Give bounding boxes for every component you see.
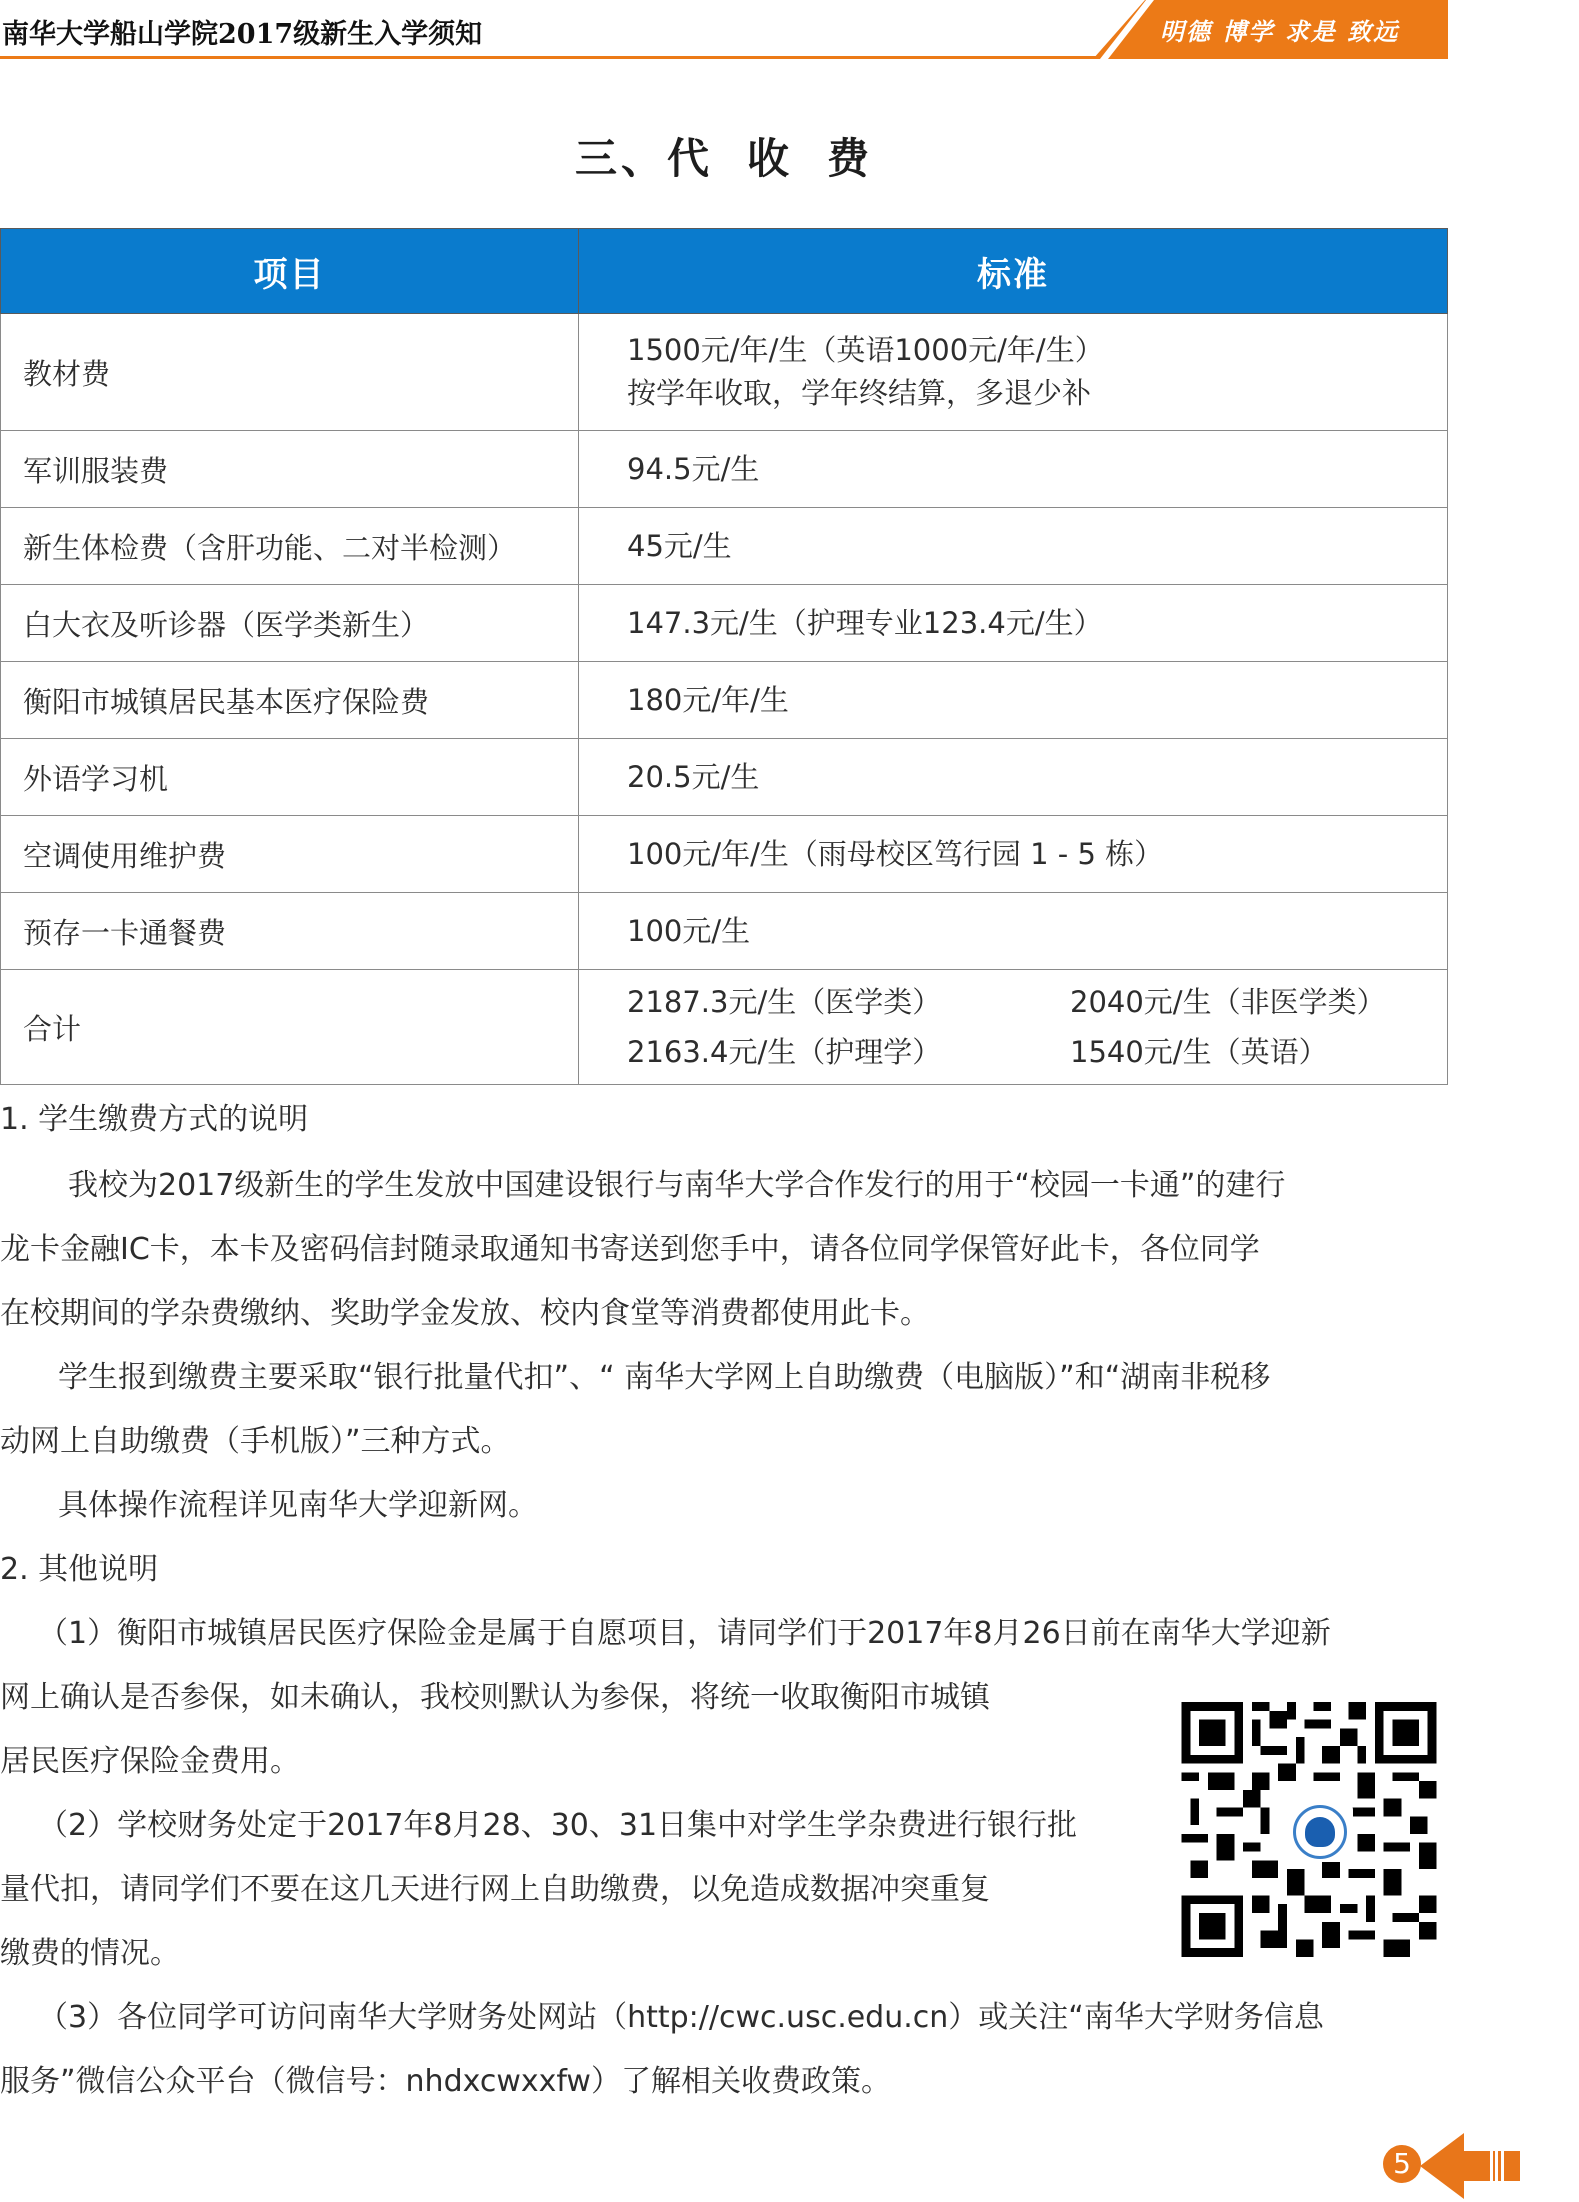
fee-standard: 20.5元/生 bbox=[579, 739, 1448, 816]
table-row: 白大衣及听诊器（医学类新生） 147.3元/生（护理专业123.4元/生） bbox=[1, 585, 1448, 662]
fee-standard-line: 按学年收取，学年终结算，多退少补 bbox=[627, 372, 1446, 415]
fee-standard: 147.3元/生（护理专业123.4元/生） bbox=[579, 585, 1448, 662]
column-header-item: 项目 bbox=[1, 229, 579, 314]
fee-item: 外语学习机 bbox=[1, 739, 579, 816]
header-motto: 明德 博学 求是 致远 bbox=[1160, 12, 1445, 47]
paragraph-line: 我校为2017级新生的学生发放中国建设银行与南华大学合作发行的用于“校园一卡通”… bbox=[0, 1166, 1285, 1206]
paragraph-line: 网上确认是否参保，如未确认，我校则默认为参保，将统一收取衡阳市城镇 bbox=[0, 1678, 990, 1718]
paragraph-line: （3）各位同学可访问南华大学财务处网站（http://cwc.usc.edu.c… bbox=[0, 1998, 1324, 2038]
table-header-row: 项目 标准 bbox=[1, 229, 1448, 314]
header-divider bbox=[0, 56, 1100, 59]
total-value: 2040元/生（非医学类） bbox=[1070, 978, 1446, 1026]
section-title-part: 三、代 bbox=[575, 126, 713, 186]
header-title: 南华大学船山学院2017级新生入学须知 bbox=[2, 12, 482, 51]
section-title-part: 收 bbox=[747, 126, 793, 186]
fee-item: 新生体检费（含肝功能、二对半检测） bbox=[1, 508, 579, 585]
paragraph-line: （1）衡阳市城镇居民医疗保险金是属于自愿项目，请同学们于2017年8月26日前在… bbox=[0, 1614, 1331, 1654]
table-total-row: 合计 2187.3元/生（医学类） 2040元/生（非医学类） 2163.4元/… bbox=[1, 970, 1448, 1085]
paragraph-line: 缴费的情况。 bbox=[0, 1934, 180, 1974]
paragraph-line: （2）学校财务处定于2017年8月28、30、31日集中对学生学杂费进行银行批 bbox=[0, 1806, 1077, 1846]
fee-standard: 1500元/年/生（英语1000元/年/生） 按学年收取，学年终结算，多退少补 bbox=[579, 314, 1448, 431]
paragraph-line: 具体操作流程详见南华大学迎新网。 bbox=[0, 1486, 538, 1526]
qr-code-icon bbox=[1175, 1702, 1443, 1957]
fee-standard: 180元/年/生 bbox=[579, 662, 1448, 739]
table-row: 外语学习机 20.5元/生 bbox=[1, 739, 1448, 816]
fee-standard: 100元/年/生（雨母校区笃行园 1 - 5 栋） bbox=[579, 816, 1448, 893]
fee-item: 军训服装费 bbox=[1, 431, 579, 508]
table-row: 新生体检费（含肝功能、二对半检测） 45元/生 bbox=[1, 508, 1448, 585]
section-heading: 1. 学生缴费方式的说明 bbox=[0, 1100, 308, 1140]
column-header-standard: 标准 bbox=[579, 229, 1448, 314]
table-row: 预存一卡通餐费 100元/生 bbox=[1, 893, 1448, 970]
paragraph-line: 学生报到缴费主要采取“银行批量代扣”、“ 南华大学网上自助缴费（电脑版）”和“湖… bbox=[0, 1358, 1270, 1398]
fee-item: 预存一卡通餐费 bbox=[1, 893, 579, 970]
university-logo bbox=[1287, 1802, 1353, 1862]
paragraph-line: 服务”微信公众平台（微信号：nhdxcwxxfw）了解相关收费政策。 bbox=[0, 2062, 891, 2102]
paragraph-line: 在校期间的学杂费缴纳、奖助学金发放、校内食堂等消费都使用此卡。 bbox=[0, 1294, 930, 1334]
paragraph-line: 龙卡金融IC卡，本卡及密码信封随录取通知书寄送到您手中，请各位同学保管好此卡，各… bbox=[0, 1230, 1260, 1270]
paragraph-line: 动网上自助缴费（手机版）”三种方式。 bbox=[0, 1422, 511, 1462]
section-title: 三、代收费 bbox=[0, 126, 1448, 186]
fee-standard: 100元/生 bbox=[579, 893, 1448, 970]
table-row: 空调使用维护费 100元/年/生（雨母校区笃行园 1 - 5 栋） bbox=[1, 816, 1448, 893]
table-row: 军训服装费 94.5元/生 bbox=[1, 431, 1448, 508]
section-heading: 2. 其他说明 bbox=[0, 1550, 158, 1590]
fee-item: 教材费 bbox=[1, 314, 579, 431]
table-row: 教材费 1500元/年/生（英语1000元/年/生） 按学年收取，学年终结算，多… bbox=[1, 314, 1448, 431]
fees-table: 项目 标准 教材费 1500元/年/生（英语1000元/年/生） 按学年收取，学… bbox=[0, 228, 1448, 1085]
page-number: 5 bbox=[1383, 2145, 1421, 2183]
paragraph-line: 居民医疗保险金费用。 bbox=[0, 1742, 300, 1782]
fee-item: 衡阳市城镇居民基本医疗保险费 bbox=[1, 662, 579, 739]
total-value: 2163.4元/生（护理学） bbox=[627, 1028, 1070, 1076]
total-values: 2187.3元/生（医学类） 2040元/生（非医学类） 2163.4元/生（护… bbox=[579, 970, 1448, 1085]
total-label: 合计 bbox=[1, 970, 579, 1085]
arrow-left-icon bbox=[1420, 2133, 1520, 2199]
table-row: 衡阳市城镇居民基本医疗保险费 180元/年/生 bbox=[1, 662, 1448, 739]
fee-standard: 94.5元/生 bbox=[579, 431, 1448, 508]
fee-item: 空调使用维护费 bbox=[1, 816, 579, 893]
fee-standard-line: 1500元/年/生（英语1000元/年/生） bbox=[627, 329, 1446, 372]
fee-standard: 45元/生 bbox=[579, 508, 1448, 585]
section-title-part: 费 bbox=[827, 126, 873, 186]
paragraph-line: 量代扣，请同学们不要在这几天进行网上自助缴费，以免造成数据冲突重复 bbox=[0, 1870, 990, 1910]
total-value: 2187.3元/生（医学类） bbox=[627, 978, 1070, 1026]
fee-item: 白大衣及听诊器（医学类新生） bbox=[1, 585, 579, 662]
document-page: 南华大学船山学院2017级新生入学须知 明德 博学 求是 致远 三、代收费 项目… bbox=[0, 0, 1448, 2202]
total-value: 1540元/生（英语） bbox=[1070, 1028, 1446, 1076]
